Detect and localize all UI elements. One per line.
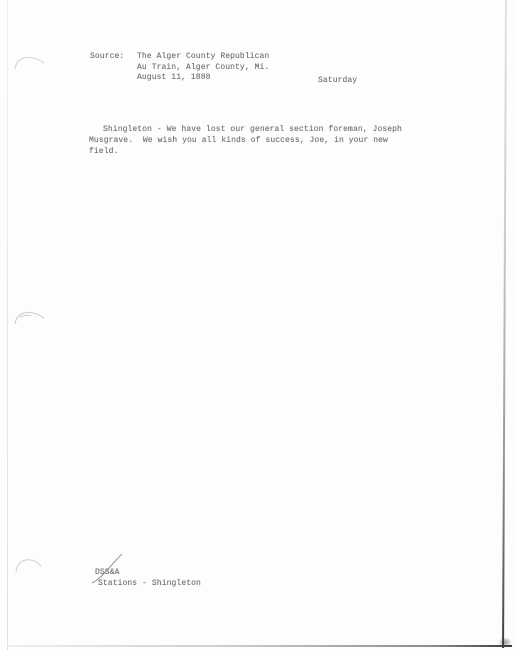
page-edge-left	[7, 0, 8, 650]
page-edge-bottom	[7, 645, 512, 647]
pen-check-mark-icon	[90, 553, 126, 586]
article-line-1: Shingleton - We have lost our general se…	[103, 125, 402, 135]
source-label: Source:	[90, 52, 124, 62]
page-corner-shadow	[498, 637, 512, 648]
margin-arc-mark-middle	[14, 311, 46, 326]
article-line-2: Musgrave. We wish you all kinds of succe…	[89, 136, 388, 146]
publication-date: August 11, 1888	[137, 73, 211, 83]
margin-arc-mark-bottom	[15, 558, 43, 574]
publication-name: The Alger County Republican	[137, 52, 269, 62]
page-edge-right	[502, 0, 507, 648]
scanned-document-page: Source: The Alger County Republican Au T…	[0, 0, 517, 650]
margin-arc-mark-top	[14, 56, 46, 71]
publication-weekday: Saturday	[318, 76, 357, 86]
publication-location: Au Train, Alger County, Mi.	[137, 63, 269, 73]
article-line-3: field.	[89, 147, 118, 157]
